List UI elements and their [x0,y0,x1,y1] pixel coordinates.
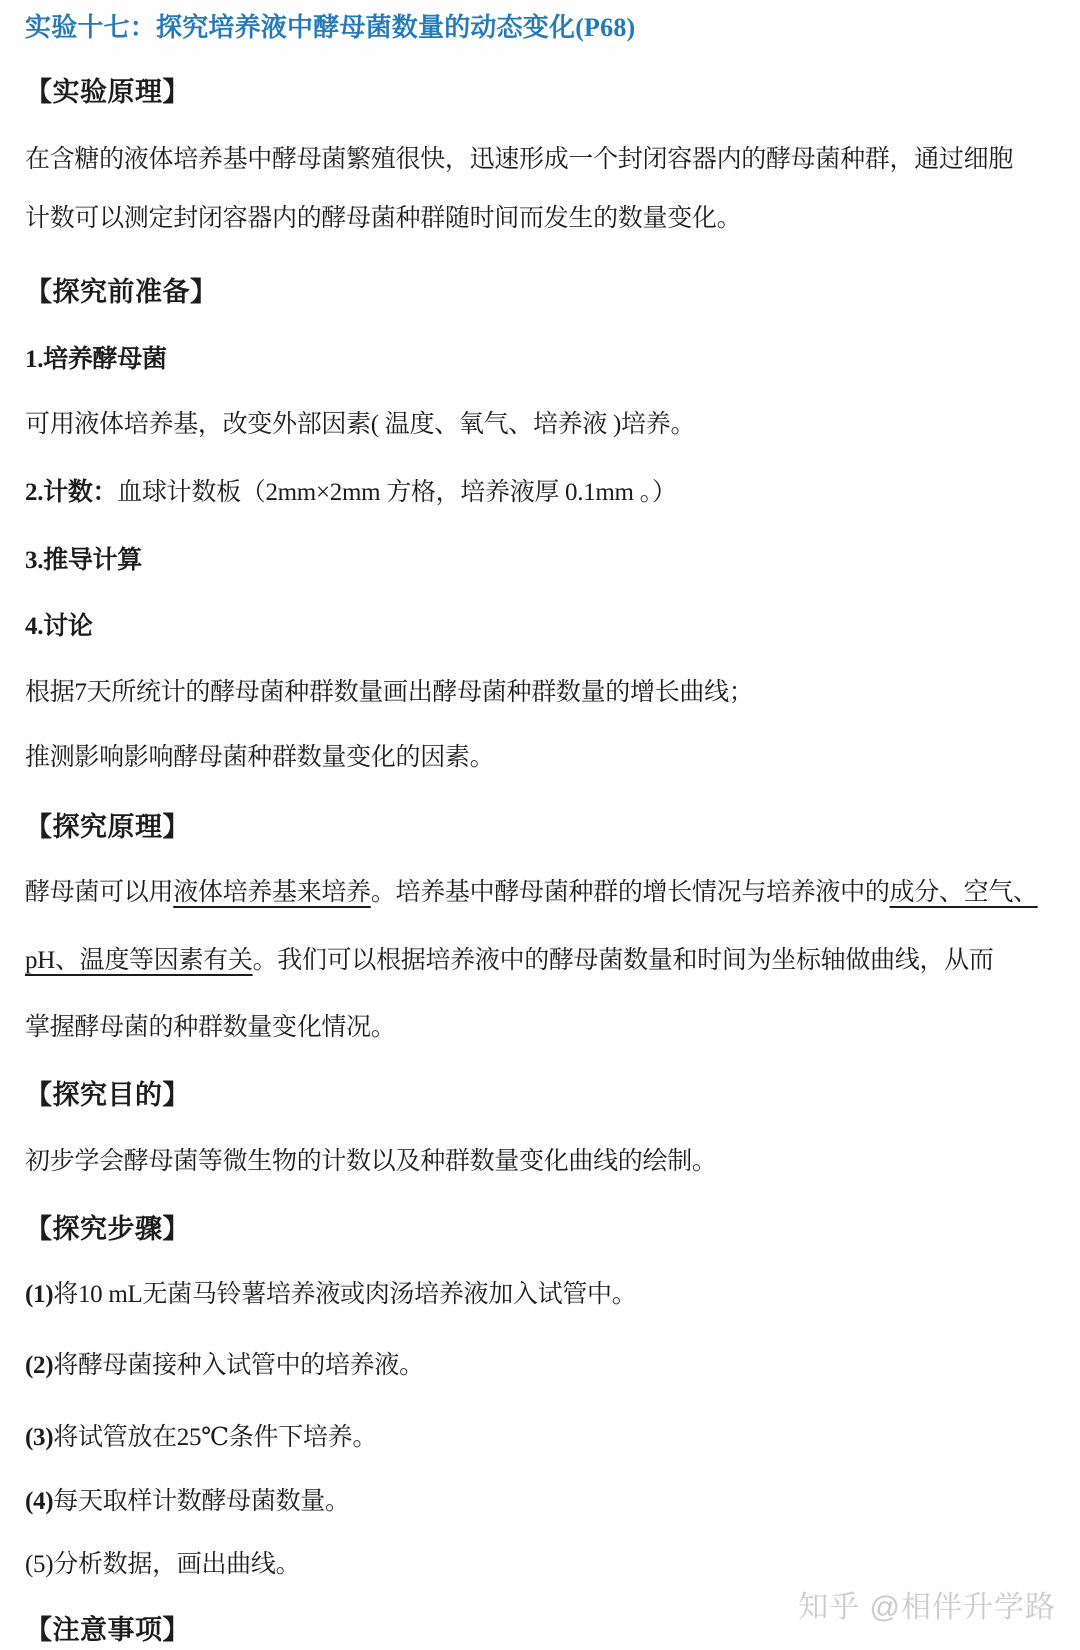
step-2-number: (2) [25,1352,53,1379]
prep-item-1-body: 可用液体培养基，改变外部因素( 温度、氧气、培养液 )培养。 [25,409,695,440]
section-heading-steps: 【探究步骤】 [25,1213,190,1247]
doc-title: 实验十七：探究培养液中酵母菌数量的动态变化(P68) [25,12,635,45]
prep-item-4-line-1: 根据7天所统计的酵母菌种群数量画出酵母菌种群数量的增长曲线； [25,677,754,708]
prep-item-4-line-2: 推测影响影响酵母菌种群数量变化的因素。 [25,742,494,773]
section-heading-notes: 【注意事项】 [25,1614,190,1648]
prep-item-2: 2.计数：血球计数板（2mm×2mm 方格，培养液厚 0.1mm 。） [25,477,677,508]
theory-paragraph-line-3: 掌握酵母菌的种群数量变化情况。 [25,1012,396,1043]
theory-underlined-text: 成分、空气、 [890,879,1038,906]
step-1-number: (1) [25,1281,53,1308]
principle-paragraph-line-1: 在含糖的液体培养基中酵母菌繁殖很快，迅速形成一个封闭容器内的酵母菌种群，通过细胞 [25,144,1013,175]
step-4-number: (4) [25,1488,53,1515]
theory-text: 酵母菌可以用 [25,879,173,906]
theory-text: 。培养基中酵母菌种群的增长情况与培养液中的 [371,879,890,906]
prep-item-2-body: 血球计数板（2mm×2mm 方格，培养液厚 0.1mm 。） [117,479,676,506]
prep-item-4-title: 4.讨论 [25,611,93,642]
section-heading-theory: 【探究原理】 [25,811,190,845]
theory-underlined-text: 液体培养基来培养 [173,879,371,906]
purpose-paragraph: 初步学会酵母菌等微生物的计数以及种群数量变化曲线的绘制。 [25,1146,717,1177]
principle-paragraph-line-2: 计数可以测定封闭容器内的酵母菌种群随时间而发生的数量变化。 [25,203,741,234]
theory-paragraph-line-2: pH、温度等因素有关。我们可以根据培养液中的酵母菌数量和时间为坐标轴做曲线，从而 [25,945,994,976]
prep-item-2-label: 2.计数： [25,479,117,506]
step-3-number: (3) [25,1424,53,1451]
step-item-3: (3)将试管放在25℃条件下培养。 [25,1422,377,1453]
section-heading-preparation: 【探究前准备】 [25,276,218,310]
step-4-text: 每天取样计数酵母菌数量。 [53,1488,349,1515]
document-page: 实验十七：探究培养液中酵母菌数量的动态变化(P68) 【实验原理】 在含糖的液体… [0,0,1080,1650]
section-heading-principle: 【实验原理】 [25,76,190,110]
step-item-2: (2)将酵母菌接种入试管中的培养液。 [25,1350,424,1381]
prep-item-1-title: 1.培养酵母菌 [25,344,167,375]
step-2-text: 将酵母菌接种入试管中的培养液。 [53,1352,424,1379]
step-3-text: 将试管放在25℃条件下培养。 [53,1424,377,1451]
theory-paragraph-line-1: 酵母菌可以用液体培养基来培养。培养基中酵母菌种群的增长情况与培养液中的成分、空气… [25,877,1038,908]
theory-text: 。我们可以根据培养液中的酵母菌数量和时间为坐标轴做曲线，从而 [253,947,994,974]
step-item-1: (1)将10 mL无菌马铃薯培养液或肉汤培养液加入试管中。 [25,1279,636,1310]
prep-item-3-title: 3.推导计算 [25,545,142,576]
step-5-number: (5) [25,1551,53,1578]
section-heading-purpose: 【探究目的】 [25,1079,190,1113]
theory-underlined-text: pH、温度等因素有关 [25,947,253,974]
step-item-5: (5)分析数据，画出曲线。 [25,1549,300,1580]
zhihu-watermark: 知乎 @相伴升学路 [798,1582,1056,1626]
step-1-text: 将10 mL无菌马铃薯培养液或肉汤培养液加入试管中。 [53,1281,636,1308]
step-item-4: (4)每天取样计数酵母菌数量。 [25,1486,350,1517]
step-5-text: 分析数据，画出曲线。 [53,1551,300,1578]
